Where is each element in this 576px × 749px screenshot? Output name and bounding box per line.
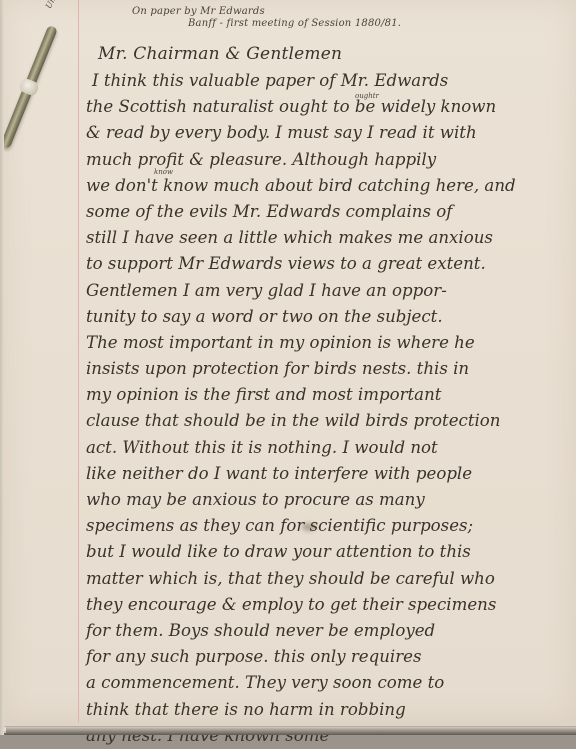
text-line: a commencement. They very soon come to	[86, 670, 556, 696]
header-note-line2: Banff - first meeting of Session 1880/81…	[188, 18, 401, 29]
text-line: still I have seen a little which makes m…	[86, 225, 556, 251]
text-line: for any such purpose. this only requires	[86, 644, 556, 670]
text-line: Gentlemen I am very glad I have an oppor…	[86, 278, 556, 304]
text-line: act. Without this it is nothing. I would…	[86, 435, 556, 461]
text-line: much profit & pleasure. Although happily	[86, 147, 556, 173]
text-line: tunity to say a word or two on the subje…	[86, 304, 556, 330]
margin-annotation: Undelete	[44, 0, 69, 10]
text-line: matter which is, that they should be car…	[86, 566, 556, 592]
paper-fastener-icon	[0, 25, 58, 149]
manuscript-body: I think this valuable paper of Mr. Edwar…	[86, 68, 556, 735]
text-line: clause that should be in the wild birds …	[86, 408, 556, 434]
red-margin-line	[78, 0, 79, 722]
header-note-line1: On paper by Mr Edwards	[132, 6, 265, 17]
page-left-edge	[0, 0, 4, 735]
text-line: but I would like to draw your attention …	[86, 539, 556, 565]
text-line: they encourage & employ to get their spe…	[86, 592, 556, 618]
text-line: & read by every body. I must say I read …	[86, 120, 556, 146]
text-line: who may be anxious to procure as many	[86, 487, 556, 513]
text-line: to support Mr Edwards views to a great e…	[86, 251, 556, 277]
text-line: some of the evils Mr. Edwards complains …	[86, 199, 556, 225]
text-line: insists upon protection for birds nests.…	[86, 356, 556, 382]
scan-bottom-edge	[6, 727, 576, 735]
text-line: the Scottish naturalist ought to be wide…	[86, 94, 556, 120]
text-line: like neither do I want to interfere with…	[86, 461, 556, 487]
text-line: we don't know much about bird catching h…	[86, 173, 556, 199]
text-line: my opinion is the first and most importa…	[86, 382, 556, 408]
text-line: specimens as they can for scientific pur…	[86, 513, 556, 539]
text-line: think that there is no harm in robbing	[86, 697, 556, 723]
text-line: I think this valuable paper of Mr. Edwar…	[86, 68, 556, 94]
text-line: The most important in my opinion is wher…	[86, 330, 556, 356]
text-line: for them. Boys should never be employed	[86, 618, 556, 644]
manuscript-page: Undelete On paper by Mr Edwards Banff - …	[2, 0, 576, 723]
ink-smudge	[302, 523, 316, 531]
salutation: Mr. Chairman & Gentlemen	[98, 44, 342, 64]
document-scan: Undelete On paper by Mr Edwards Banff - …	[0, 0, 576, 735]
